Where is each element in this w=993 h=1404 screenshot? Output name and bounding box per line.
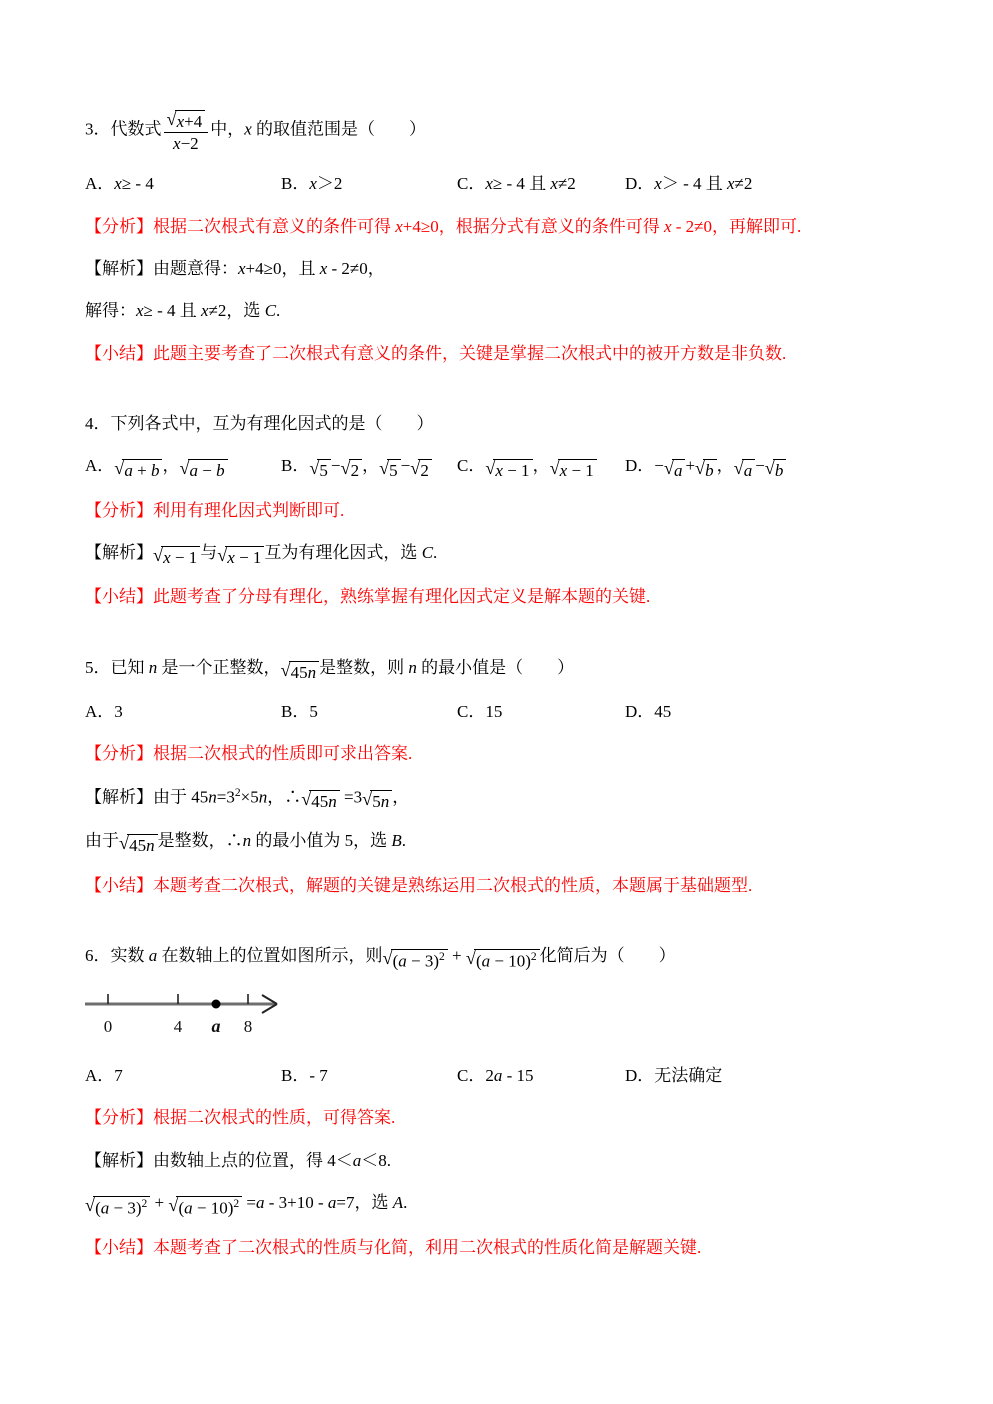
text: − 1 bbox=[235, 548, 262, 567]
math-variable: x bbox=[201, 301, 209, 320]
math-variable: B bbox=[391, 831, 401, 850]
stem-line: 5．已知 n 是一个正整数，√45n是整数，则 n 的最小值是（ ） bbox=[85, 655, 933, 683]
math-variable: C bbox=[265, 301, 276, 320]
text: ≠2，选 bbox=[209, 301, 265, 320]
text: A． bbox=[85, 456, 114, 475]
math-variable: x bbox=[550, 174, 558, 193]
sqrt-expression: √x+4 bbox=[167, 110, 206, 132]
text: ＞2 bbox=[317, 174, 343, 193]
text: . bbox=[433, 543, 437, 562]
radicand: x+4 bbox=[175, 110, 206, 132]
text: 中， bbox=[210, 120, 244, 139]
math-variable: a bbox=[124, 461, 133, 480]
option-b: B．- 7 bbox=[281, 1063, 457, 1089]
text: ， bbox=[362, 456, 379, 475]
text: − bbox=[331, 456, 341, 475]
text: =3 bbox=[217, 787, 235, 806]
document-page: 3．代数式√x+4x−2中，x 的取值范围是（ ）A．x≥ - 4B．x＞2C．… bbox=[0, 0, 993, 1261]
math-variable: x bbox=[227, 548, 235, 567]
superscript: 2 bbox=[142, 1197, 148, 1210]
text: 的最小值为 5，选 bbox=[251, 831, 391, 850]
sqrt-expression: √x − 1 bbox=[550, 459, 597, 481]
math-variable: x bbox=[654, 174, 662, 193]
math-variable: x bbox=[244, 120, 252, 139]
numerator: √x+4 bbox=[164, 106, 209, 132]
text: =7，选 bbox=[336, 1193, 392, 1212]
text: − bbox=[198, 461, 216, 480]
sqrt-expression: √x − 1 bbox=[153, 546, 200, 568]
options-row: A．x≥ - 4B．x＞2C．x≥ - 4 且 x≠2D．x＞ - 4 且 x≠… bbox=[85, 171, 933, 197]
text: +4≥0，根据分式有意义的条件可得 bbox=[403, 217, 664, 236]
text: 【分析】根据二次根式的性质，可得答案. bbox=[85, 1108, 395, 1127]
sqrt-expression: √b bbox=[765, 459, 787, 481]
text: B． bbox=[281, 456, 309, 475]
text: 45 bbox=[129, 836, 146, 855]
text: D． bbox=[625, 174, 654, 193]
text: − bbox=[401, 456, 411, 475]
number-line-svg: 048a bbox=[85, 988, 290, 1040]
text: 【分析】根据二次根式有意义的条件可得 bbox=[85, 217, 395, 236]
text: - 3+10 - bbox=[265, 1193, 328, 1212]
math-variable: a bbox=[190, 461, 199, 480]
text: B．5 bbox=[281, 702, 318, 721]
sqrt-expression: √45n bbox=[119, 834, 158, 856]
math-variable: n bbox=[149, 658, 158, 677]
sqrt-expression: √b bbox=[695, 459, 717, 481]
option-c: C．15 bbox=[457, 699, 625, 725]
solution-line: 【解析】由题意得：x+4≥0，且 x - 2≠0， bbox=[85, 256, 933, 282]
text: − 3) bbox=[407, 952, 439, 971]
options-row: A．7B．- 7C．2a - 15D．无法确定 bbox=[85, 1063, 933, 1089]
superscript: 2 bbox=[439, 950, 445, 963]
analysis-line: 【分析】根据二次根式的性质即可求出答案. bbox=[85, 741, 933, 767]
text: 5．已知 bbox=[85, 658, 149, 677]
math-variable: x bbox=[727, 174, 735, 193]
summary-line: 【小结】本题考查二次根式，解题的关键是熟练运用二次根式的性质，本题属于基础题型. bbox=[85, 873, 933, 899]
radicand: (a − 3)2 bbox=[93, 1196, 150, 1219]
text: - 2≠0，再解即可. bbox=[672, 217, 802, 236]
text: 【小结】本题考查了二次根式的性质与化简，利用二次根式的性质化简是解题关键. bbox=[85, 1238, 701, 1257]
math-variable: n bbox=[259, 787, 268, 806]
text: D．无法确定 bbox=[625, 1066, 722, 1085]
solution-line: √(a − 3)2 + √(a − 10)2 =a - 3+10 - a=7，选… bbox=[85, 1190, 933, 1219]
text: ， bbox=[533, 456, 550, 475]
math-variable: x bbox=[177, 112, 185, 131]
math-variable: x bbox=[664, 217, 672, 236]
text: 2 bbox=[420, 461, 429, 480]
math-variable: n bbox=[146, 836, 155, 855]
text: 【分析】根据二次根式的性质即可求出答案. bbox=[85, 744, 412, 763]
solution-line: 【解析】由于 45n=32×5n，∴√45n =3√5n， bbox=[85, 784, 933, 813]
radicand: 2 bbox=[349, 459, 363, 481]
radicand: 5n bbox=[370, 790, 392, 812]
text: − 1 bbox=[171, 548, 198, 567]
text: + bbox=[133, 461, 151, 480]
question-5: 5．已知 n 是一个正整数，√45n是整数，则 n 的最小值是（ ）A．3B．5… bbox=[85, 655, 933, 899]
radicand: a bbox=[742, 459, 756, 481]
sqrt-expression: √a − b bbox=[179, 459, 227, 481]
tick-label: 4 bbox=[174, 1017, 183, 1036]
tick-label: 8 bbox=[244, 1017, 253, 1036]
text: . bbox=[276, 301, 280, 320]
math-variable: x bbox=[309, 174, 317, 193]
text: B．- 7 bbox=[281, 1066, 328, 1085]
question-4: 4．下列各式中，互为有理化因式的是（ ）A．√a + b，√a − bB．√5−… bbox=[85, 411, 933, 611]
text: 由于 bbox=[85, 831, 119, 850]
radicand: 45n bbox=[309, 790, 340, 812]
summary-line: 【小结】本题考查了二次根式的性质与化简，利用二次根式的性质化简是解题关键. bbox=[85, 1235, 933, 1261]
text: 5 bbox=[389, 461, 398, 480]
text: 【解析】由题意得： bbox=[85, 259, 238, 278]
option-b: B．x＞2 bbox=[281, 171, 457, 197]
text: A．7 bbox=[85, 1066, 123, 1085]
option-a: A．3 bbox=[85, 699, 281, 725]
option-d: D．−√a+√b，√a−√b bbox=[625, 453, 933, 481]
solution-line: 由于√45n是整数，∴n 的最小值为 5，选 B. bbox=[85, 828, 933, 856]
math-variable: n bbox=[208, 787, 217, 806]
text: −2 bbox=[181, 134, 199, 153]
text: = bbox=[242, 1193, 256, 1212]
point-label: a bbox=[212, 1016, 221, 1036]
text: 【解析】 bbox=[85, 543, 153, 562]
text: 的最小值是（ ） bbox=[417, 658, 574, 677]
summary-line: 【小结】此题考查了分母有理化，熟练掌握有理化因式定义是解本题的关键. bbox=[85, 584, 933, 610]
text: ≥ - 4 且 bbox=[144, 301, 202, 320]
text: 【小结】此题主要考查了二次根式有意义的条件，关键是掌握二次根式中的被开方数是非负… bbox=[85, 344, 786, 363]
text: 45 bbox=[311, 792, 328, 811]
option-b: B．5 bbox=[281, 699, 457, 725]
radicand: 5 bbox=[387, 459, 401, 481]
math-variable: x bbox=[136, 301, 144, 320]
sqrt-expression: √45n bbox=[301, 790, 340, 812]
text: C．15 bbox=[457, 702, 502, 721]
sqrt-expression: √2 bbox=[341, 459, 363, 481]
question-3: 3．代数式√x+4x−2中，x 的取值范围是（ ）A．x≥ - 4B．x＞2C．… bbox=[85, 106, 933, 367]
math-variable: x bbox=[395, 217, 403, 236]
radicand: (a − 3)2 bbox=[391, 949, 448, 972]
text: 化简后为（ ） bbox=[540, 946, 676, 965]
text: 【小结】此题考查了分母有理化，熟练掌握有理化因式定义是解本题的关键. bbox=[85, 587, 650, 606]
text: 45 bbox=[291, 663, 308, 682]
number-line-figure: 048a bbox=[85, 988, 933, 1045]
math-variable: a bbox=[256, 1193, 265, 1212]
text: 【解析】由数轴上点的位置，得 4＜ bbox=[85, 1151, 353, 1170]
radicand: 45n bbox=[127, 834, 158, 856]
text: − 1 bbox=[567, 461, 594, 480]
option-a: A．x≥ - 4 bbox=[85, 171, 281, 197]
math-variable: a bbox=[482, 952, 491, 971]
text: 互为有理化因式，选 bbox=[264, 543, 421, 562]
radicand: a bbox=[672, 459, 686, 481]
text: − 10) bbox=[490, 952, 531, 971]
text: 是一个正整数， bbox=[157, 658, 280, 677]
math-variable: a bbox=[744, 461, 753, 480]
radicand: x − 1 bbox=[493, 459, 532, 481]
text: ≠2 bbox=[735, 174, 753, 193]
text: 4．下列各式中，互为有理化因式的是（ ） bbox=[85, 414, 434, 433]
text: D．− bbox=[625, 456, 664, 475]
text: + bbox=[150, 1193, 168, 1212]
text: 3．代数式 bbox=[85, 120, 162, 139]
math-variable: x bbox=[173, 134, 181, 153]
option-d: D．无法确定 bbox=[625, 1063, 933, 1089]
sqrt-expression: √2 bbox=[410, 459, 432, 481]
text: ≠2 bbox=[558, 174, 576, 193]
math-variable: x bbox=[238, 259, 246, 278]
math-variable: x bbox=[114, 174, 122, 193]
math-variable: x bbox=[163, 548, 171, 567]
text: 与 bbox=[200, 543, 217, 562]
math-variable: b bbox=[705, 461, 714, 480]
sqrt-expression: √5n bbox=[362, 790, 392, 812]
text: 【分析】利用有理化因式判断即可. bbox=[85, 501, 344, 520]
option-c: C．x≥ - 4 且 x≠2 bbox=[457, 171, 625, 197]
radicand: x − 1 bbox=[161, 546, 200, 568]
math-variable: C bbox=[422, 543, 433, 562]
text: ＞ - 4 且 bbox=[662, 174, 727, 193]
superscript: 2 bbox=[233, 1197, 239, 1210]
text: ≥ - 4 且 bbox=[493, 174, 551, 193]
text: ， bbox=[392, 787, 409, 806]
text: +4≥0，且 bbox=[246, 259, 320, 278]
math-variable: x bbox=[495, 461, 503, 480]
text: 2 bbox=[351, 461, 360, 480]
text: − 3) bbox=[109, 1199, 141, 1218]
text: ， bbox=[717, 456, 734, 475]
text: ≥ - 4 bbox=[122, 174, 154, 193]
option-a: A．7 bbox=[85, 1063, 281, 1089]
sqrt-expression: √(a − 10)2 bbox=[168, 1196, 242, 1219]
text: . bbox=[402, 831, 406, 850]
radicand: x − 1 bbox=[225, 546, 264, 568]
sqrt-expression: √a + b bbox=[114, 459, 162, 481]
math-variable: n bbox=[381, 792, 390, 811]
sqrt-expression: √x − 1 bbox=[485, 459, 532, 481]
option-a: A．√a + b，√a − b bbox=[85, 453, 281, 481]
text: C． bbox=[457, 174, 485, 193]
text: − 1 bbox=[503, 461, 530, 480]
math-variable: n bbox=[408, 658, 417, 677]
text: − 10) bbox=[193, 1199, 234, 1218]
stem-line: 4．下列各式中，互为有理化因式的是（ ） bbox=[85, 411, 933, 437]
math-variable: a bbox=[149, 946, 158, 965]
math-variable: b bbox=[151, 461, 160, 480]
option-c: C．√x − 1，√x − 1 bbox=[457, 453, 625, 481]
text: 5 bbox=[372, 792, 381, 811]
text: - 2≠0， bbox=[327, 259, 385, 278]
sqrt-expression: √5 bbox=[309, 459, 331, 481]
superscript: 2 bbox=[531, 950, 537, 963]
solution-line: 【解析】√x − 1与√x − 1互为有理化因式，选 C. bbox=[85, 540, 933, 568]
text: 5 bbox=[319, 461, 328, 480]
radicand: a + b bbox=[122, 459, 162, 481]
text: 【解析】由于 45 bbox=[85, 787, 208, 806]
option-d: D．x＞ - 4 且 x≠2 bbox=[625, 171, 933, 197]
stem-line: 6．实数 a 在数轴上的位置如图所示，则√(a − 3)2 + √(a − 10… bbox=[85, 943, 933, 972]
math-variable: b bbox=[775, 461, 784, 480]
text: A．3 bbox=[85, 702, 123, 721]
radicand: 5 bbox=[317, 459, 331, 481]
text: ×5 bbox=[241, 787, 259, 806]
text: − bbox=[755, 456, 765, 475]
text: 在数轴上的位置如图所示，则 bbox=[157, 946, 382, 965]
text: 6．实数 bbox=[85, 946, 149, 965]
math-variable: a bbox=[101, 1199, 110, 1218]
analysis-line: 【分析】根据二次根式有意义的条件可得 x+4≥0，根据分式有意义的条件可得 x … bbox=[85, 214, 933, 240]
sqrt-expression: √a bbox=[734, 459, 756, 481]
sqrt-expression: √a bbox=[664, 459, 686, 481]
math-variable: b bbox=[216, 461, 225, 480]
option-c: C．2a - 15 bbox=[457, 1063, 625, 1089]
text: ，∴ bbox=[267, 787, 301, 806]
fraction: √x+4x−2 bbox=[164, 106, 209, 155]
math-variable: a bbox=[398, 952, 407, 971]
option-b: B．√5−√2，√5−√2 bbox=[281, 453, 457, 481]
text: + bbox=[685, 456, 695, 475]
summary-line: 【小结】此题主要考查了二次根式有意义的条件，关键是掌握二次根式中的被开方数是非负… bbox=[85, 341, 933, 367]
text: + bbox=[448, 946, 466, 965]
text: ， bbox=[162, 456, 179, 475]
text: B． bbox=[281, 174, 309, 193]
text: C． bbox=[457, 456, 485, 475]
sqrt-expression: √(a − 3)2 bbox=[383, 949, 448, 972]
options-row: A．3B．5C．15D．45 bbox=[85, 699, 933, 725]
sqrt-expression: √(a − 10)2 bbox=[466, 949, 540, 972]
text: ＜8. bbox=[361, 1151, 391, 1170]
stem-line: 3．代数式√x+4x−2中，x 的取值范围是（ ） bbox=[85, 106, 933, 155]
math-variable: a bbox=[353, 1151, 362, 1170]
denominator: x−2 bbox=[164, 132, 209, 155]
text: 是整数，则 bbox=[319, 658, 408, 677]
math-variable: a bbox=[674, 461, 683, 480]
options-row: A．√a + b，√a − bB．√5−√2，√5−√2C．√x − 1，√x … bbox=[85, 453, 933, 481]
text: D．45 bbox=[625, 702, 671, 721]
solution-line: 【解析】由数轴上点的位置，得 4＜a＜8. bbox=[85, 1148, 933, 1174]
tick-label: 0 bbox=[104, 1017, 113, 1036]
radicand: a − b bbox=[188, 459, 228, 481]
text: - 15 bbox=[502, 1066, 533, 1085]
text: 解得： bbox=[85, 301, 136, 320]
question-6: 6．实数 a 在数轴上的位置如图所示，则√(a − 3)2 + √(a − 10… bbox=[85, 943, 933, 1261]
text: 的取值范围是（ ） bbox=[252, 120, 426, 139]
analysis-line: 【分析】利用有理化因式判断即可. bbox=[85, 498, 933, 524]
math-variable: n bbox=[308, 663, 317, 682]
text: A． bbox=[85, 174, 114, 193]
math-variable: a bbox=[184, 1199, 193, 1218]
math-variable: n bbox=[328, 792, 337, 811]
text: +4 bbox=[184, 112, 202, 131]
math-variable: n bbox=[243, 831, 252, 850]
sqrt-expression: √5 bbox=[379, 459, 401, 481]
text: =3 bbox=[340, 787, 362, 806]
radicand: x − 1 bbox=[558, 459, 597, 481]
math-variable: A bbox=[393, 1193, 403, 1212]
text: C．2 bbox=[457, 1066, 494, 1085]
radicand: 2 bbox=[418, 459, 432, 481]
radicand: b bbox=[773, 459, 787, 481]
solution-line: 解得：x≥ - 4 且 x≠2，选 C. bbox=[85, 298, 933, 324]
sqrt-expression: √45n bbox=[281, 661, 320, 683]
sqrt-expression: √(a − 3)2 bbox=[85, 1196, 150, 1219]
math-variable: x bbox=[485, 174, 493, 193]
text: 是整数，∴ bbox=[158, 831, 243, 850]
option-d: D．45 bbox=[625, 699, 933, 725]
radicand: b bbox=[703, 459, 717, 481]
analysis-line: 【分析】根据二次根式的性质，可得答案. bbox=[85, 1105, 933, 1131]
text: 【小结】本题考查二次根式，解题的关键是熟练运用二次根式的性质，本题属于基础题型. bbox=[85, 876, 752, 895]
sqrt-expression: √x − 1 bbox=[217, 546, 264, 568]
radicand: 45n bbox=[289, 661, 320, 683]
radicand: (a − 10)2 bbox=[176, 1196, 242, 1219]
radicand: (a − 10)2 bbox=[474, 949, 540, 972]
text: . bbox=[403, 1193, 407, 1212]
